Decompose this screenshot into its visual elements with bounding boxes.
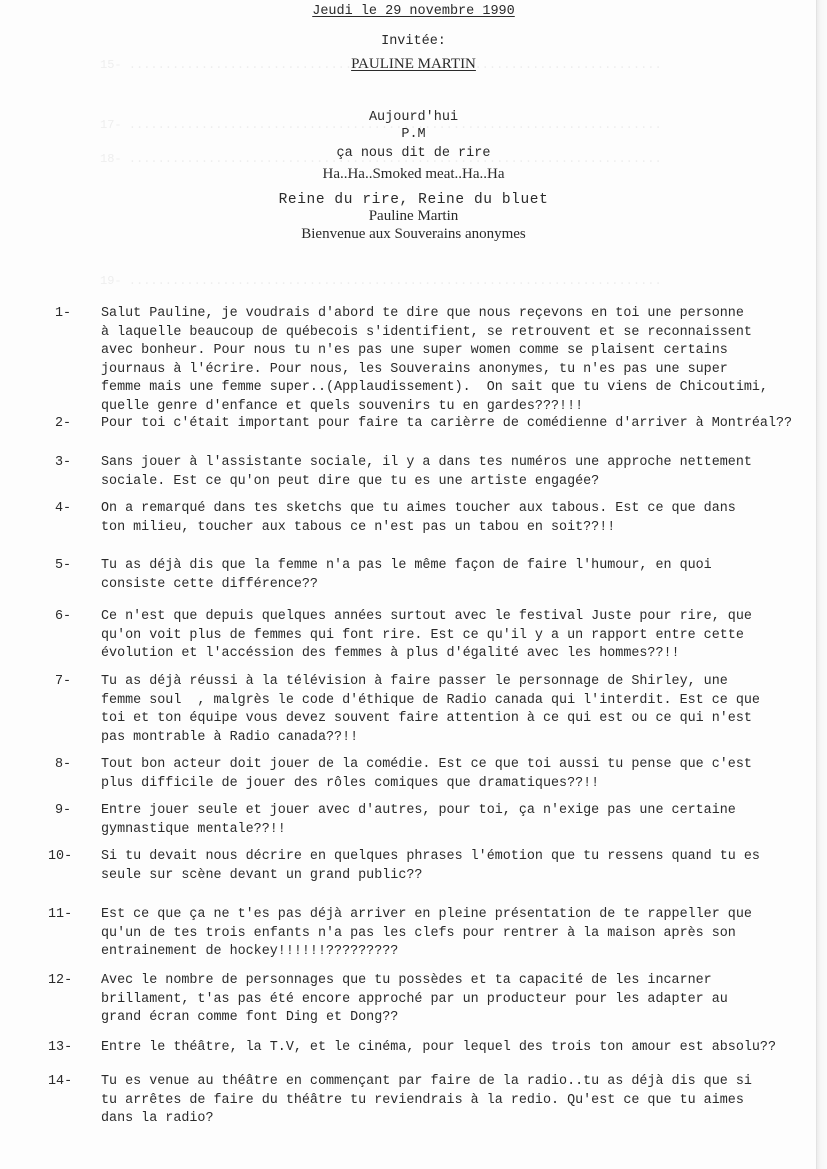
question-item: 8-Tout bon acteur doit jouer de la coméd…: [0, 756, 827, 793]
question-text: Pour toi c'était important pour faire ta…: [101, 415, 801, 434]
intro-line: Pauline Martin: [369, 208, 459, 224]
question-number: 2-: [55, 415, 95, 434]
question-text: Entre jouer seule et jouer avec d'autres…: [101, 802, 801, 839]
intro-line: P.M: [401, 127, 425, 142]
question-item: 10-Si tu devait nous décrire en quelques…: [0, 848, 827, 885]
question-number: 14-: [48, 1073, 88, 1092]
question-number: 9-: [55, 802, 95, 821]
question-item: 14-Tu es venue au théâtre en commençant …: [0, 1073, 827, 1129]
question-item: 11-Est ce que ça ne t'es pas déjà arrive…: [0, 906, 827, 962]
question-text: Salut Pauline, je voudrais d'abord te di…: [101, 305, 801, 416]
question-number: 4-: [55, 500, 95, 519]
question-number: 6-: [55, 608, 95, 627]
question-number: 10-: [48, 848, 88, 867]
question-item: 2-Pour toi c'était important pour faire …: [0, 415, 827, 434]
question-number: 8-: [55, 756, 95, 775]
intro-line: ça nous dit de rire: [337, 146, 491, 161]
intro-line: Aujourd'hui: [369, 110, 458, 125]
invitee-label: Invitée:: [381, 34, 446, 49]
question-item: 6-Ce n'est que depuis quelques années su…: [0, 608, 827, 664]
question-item: 5-Tu as déjà dis que la femme n'a pas le…: [0, 557, 827, 594]
question-number: 12-: [48, 972, 88, 991]
question-number: 7-: [55, 673, 95, 692]
question-number: 3-: [55, 454, 95, 473]
question-item: 1-Salut Pauline, je voudrais d'abord te …: [0, 305, 827, 416]
question-text: Tout bon acteur doit jouer de la comédie…: [101, 756, 801, 793]
question-item: 9-Entre jouer seule et jouer avec d'autr…: [0, 802, 827, 839]
question-item: 3-Sans jouer à l'assistante sociale, il …: [0, 454, 827, 491]
question-text: Tu as déjà réussi à la télévision à fair…: [101, 673, 801, 747]
question-number: 1-: [55, 305, 95, 324]
intro-line: Reine du rire, Reine du bluet: [279, 192, 549, 208]
question-text: Est ce que ça ne t'es pas déjà arriver e…: [101, 906, 801, 962]
document-page: 15- ....................................…: [0, 0, 827, 1169]
question-item: 12-Avec le nombre de personnages que tu …: [0, 972, 827, 1028]
question-text: Ce n'est que depuis quelques années surt…: [101, 608, 801, 664]
guest-name: PAULINE MARTIN: [351, 56, 476, 72]
question-text: On a remarqué dans tes sketchs que tu ai…: [101, 500, 801, 537]
question-text: Tu as déjà dis que la femme n'a pas le m…: [101, 557, 801, 594]
question-number: 13-: [48, 1039, 88, 1058]
question-item: 13-Entre le théâtre, la T.V, et le ciném…: [0, 1039, 827, 1058]
question-number: 5-: [55, 557, 95, 576]
bleed-through-text: 19- ....................................…: [100, 274, 662, 288]
question-text: Si tu devait nous décrire en quelques ph…: [101, 848, 801, 885]
question-item: 4-On a remarqué dans tes sketchs que tu …: [0, 500, 827, 537]
intro-line: Bienvenue aux Souverains anonymes: [301, 226, 526, 242]
document-date: Jeudi le 29 novembre 1990: [312, 4, 515, 19]
question-number: 11-: [48, 906, 88, 925]
question-text: Avec le nombre de personnages que tu pos…: [101, 972, 801, 1028]
intro-line: Ha..Ha..Smoked meat..Ha..Ha: [322, 166, 504, 182]
question-text: Entre le théâtre, la T.V, et le cinéma, …: [101, 1039, 801, 1058]
question-text: Sans jouer à l'assistante sociale, il y …: [101, 454, 801, 491]
question-text: Tu es venue au théâtre en commençant par…: [101, 1073, 801, 1129]
question-item: 7-Tu as déjà réussi à la télévision à fa…: [0, 673, 827, 747]
